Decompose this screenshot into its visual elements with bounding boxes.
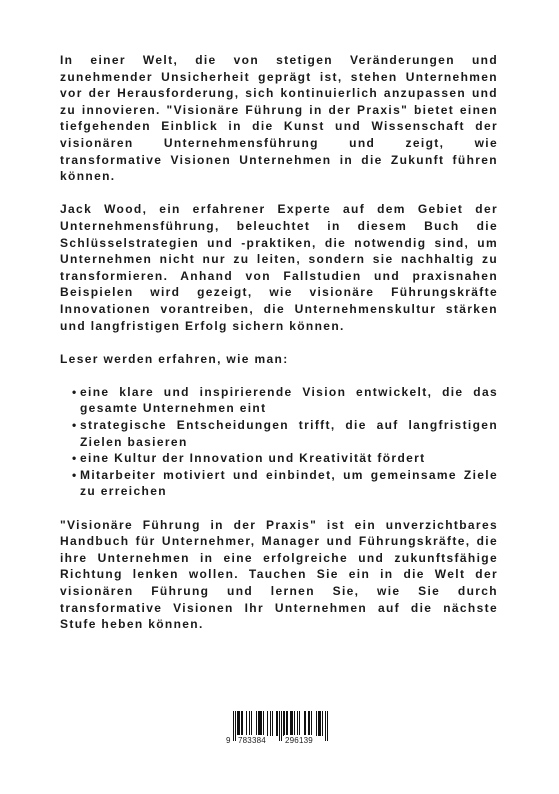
list-item: • eine klare und inspirierende Vision en… bbox=[80, 384, 498, 417]
list-item-text: eine Kultur der Innovation und Kreativit… bbox=[80, 451, 426, 465]
isbn-left-digits: 783384 bbox=[237, 735, 267, 746]
paragraph-closing: "Visionäre Führung in der Praxis" ist ei… bbox=[60, 517, 498, 633]
bullet-icon: • bbox=[72, 417, 76, 434]
blurb-text: In einer Welt, die von stetigen Veränder… bbox=[60, 52, 498, 649]
list-item-text: strategische Entscheidungen trifft, die … bbox=[80, 418, 498, 449]
benefits-list: • eine klare und inspirierende Vision en… bbox=[60, 384, 498, 500]
list-item: • Mitarbeiter motiviert und einbindet, u… bbox=[80, 467, 498, 500]
list-item-text: eine klare und inspirierende Vision entw… bbox=[80, 385, 498, 416]
list-item: • eine Kultur der Innovation und Kreativ… bbox=[80, 450, 498, 467]
bullet-icon: • bbox=[72, 467, 76, 484]
book-back-cover: In einer Welt, die von stetigen Veränder… bbox=[0, 0, 559, 794]
bullet-icon: • bbox=[72, 450, 76, 467]
isbn-barcode: 9 783384 296139 bbox=[226, 711, 334, 746]
list-intro: Leser werden erfahren, wie man: bbox=[60, 351, 498, 368]
paragraph-intro: In einer Welt, die von stetigen Veränder… bbox=[60, 52, 498, 185]
paragraph-author: Jack Wood, ein erfahrener Experte auf de… bbox=[60, 201, 498, 334]
isbn-first-digit: 9 bbox=[226, 735, 231, 746]
isbn-right-digits: 296139 bbox=[284, 735, 314, 746]
list-item: • strategische Entscheidungen trifft, di… bbox=[80, 417, 498, 450]
isbn-digits: 9 783384 296139 bbox=[226, 735, 334, 746]
bullet-icon: • bbox=[72, 384, 76, 401]
list-item-text: Mitarbeiter motiviert und einbindet, um … bbox=[80, 468, 498, 499]
